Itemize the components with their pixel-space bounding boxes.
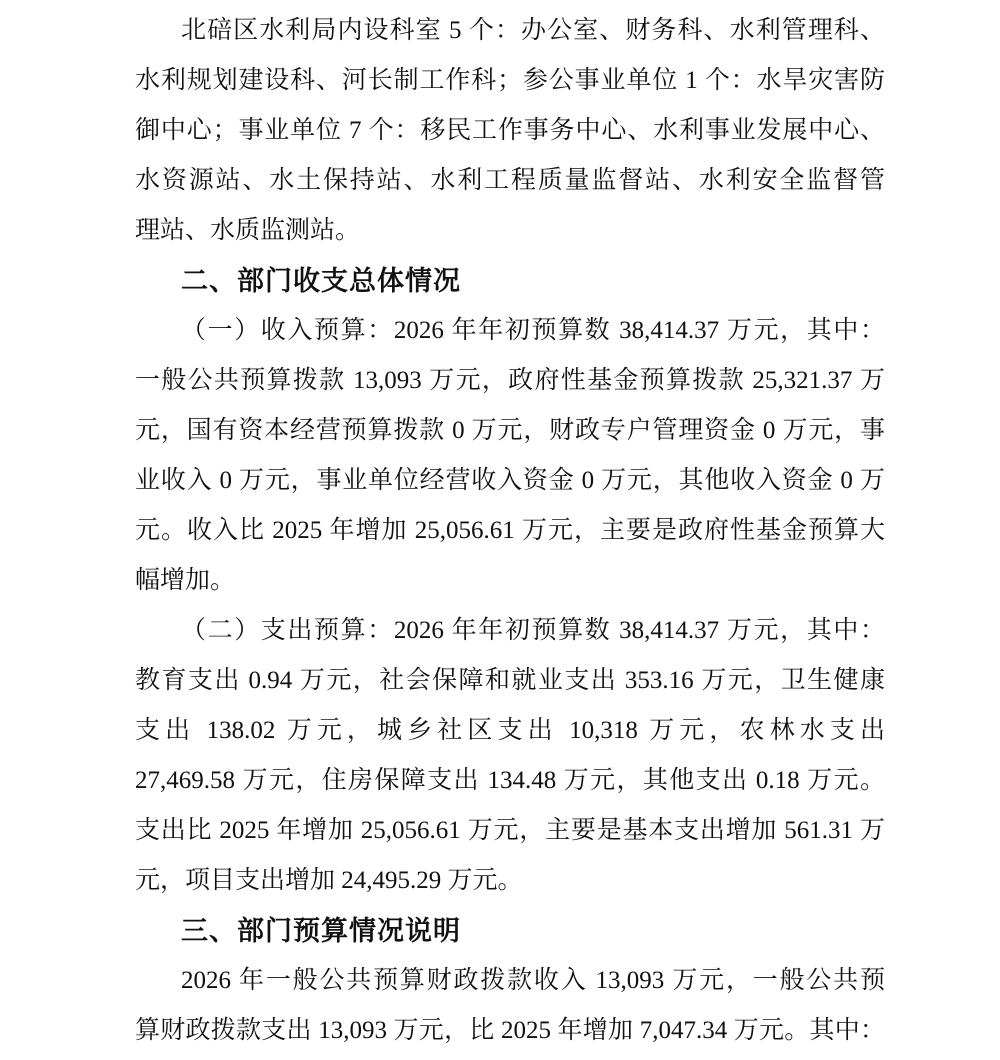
- paragraph-line: 支出 138.02 万元，城乡社区支出 10,318 万元，农林水支出: [135, 706, 885, 756]
- section-heading-budget-explanation: 三、部门预算情况说明: [135, 906, 885, 956]
- paragraph-line: （二）支出预算：2026 年年初预算数 38,414.37 万元，其中：: [135, 606, 885, 656]
- paragraph-line: 支出比 2025 年增加 25,056.61 万元，主要是基本支出增加 561.…: [135, 806, 885, 856]
- paragraph-line: 2026 年一般公共预算财政拨款收入 13,093 万元，一般公共预: [135, 956, 885, 1006]
- paragraph-line: 元。收入比 2025 年增加 25,056.61 万元，主要是政府性基金预算大: [135, 506, 885, 556]
- paragraph-line: 理站、水质监测站。: [135, 206, 885, 256]
- paragraph-line: 教育支出 0.94 万元，社会保障和就业支出 353.16 万元，卫生健康: [135, 656, 885, 706]
- paragraph-line: 一般公共预算拨款 13,093 万元，政府性基金预算拨款 25,321.37 万: [135, 356, 885, 406]
- paragraph-line: 幅增加。: [135, 556, 885, 606]
- paragraph-line: 御中心；事业单位 7 个：移民工作事务中心、水利事业发展中心、: [135, 106, 885, 156]
- paragraph-line: （一）收入预算：2026 年年初预算数 38,414.37 万元，其中：: [135, 306, 885, 356]
- paragraph-line: 元，国有资本经营预算拨款 0 万元，财政专户管理资金 0 万元，事: [135, 406, 885, 456]
- document-page: 北碚区水利局内设科室 5 个：办公室、财务科、水利管理科、 水利规划建设科、河长…: [135, 6, 885, 1056]
- paragraph-line: 算财政拨款支出 13,093 万元，比 2025 年增加 7,047.34 万元…: [135, 1006, 885, 1056]
- section-heading-overall-budget: 二、部门收支总体情况: [135, 256, 885, 306]
- paragraph-line: 元，项目支出增加 24,495.29 万元。: [135, 856, 885, 906]
- paragraph-line: 业收入 0 万元，事业单位经营收入资金 0 万元，其他收入资金 0 万: [135, 456, 885, 506]
- paragraph-line: 27,469.58 万元，住房保障支出 134.48 万元，其他支出 0.18 …: [135, 756, 885, 806]
- paragraph-line: 水资源站、水土保持站、水利工程质量监督站、水利安全监督管: [135, 156, 885, 206]
- paragraph-line: 北碚区水利局内设科室 5 个：办公室、财务科、水利管理科、: [135, 6, 885, 56]
- paragraph-line: 水利规划建设科、河长制工作科；参公事业单位 1 个：水旱灾害防: [135, 56, 885, 106]
